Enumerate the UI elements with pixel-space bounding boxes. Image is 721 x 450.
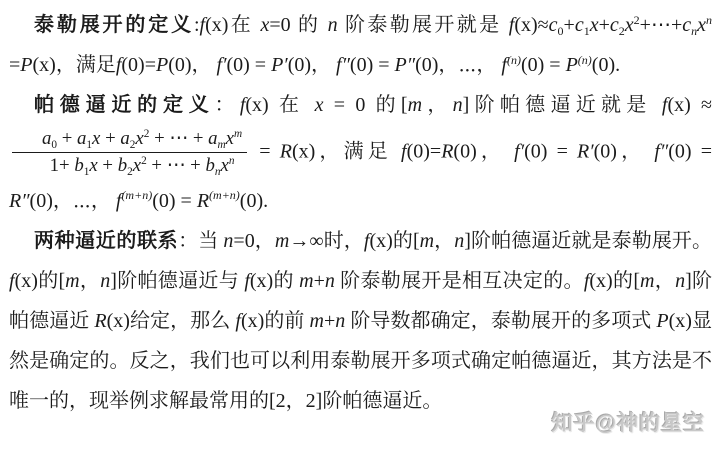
text-run: + ⋯ + (147, 155, 206, 176)
text-run: (0)= (407, 141, 442, 163)
text-run: 在 (228, 14, 260, 36)
text-run: R (197, 190, 209, 212)
text-run: b (118, 155, 127, 176)
text-run: + (100, 128, 120, 149)
text-run: ，满足 (315, 141, 401, 163)
text-run: + (599, 14, 610, 36)
text-run: (x) (33, 54, 56, 76)
text-run: x (221, 155, 229, 176)
text-run: ： (215, 94, 240, 116)
text-run: →∞ (289, 230, 323, 252)
fraction-numerator: a0 + a1x + a2x2 + ⋯ + amxm (12, 127, 247, 153)
text-run: n (675, 270, 685, 292)
text-run: a (77, 128, 86, 149)
text-run: x (590, 14, 599, 36)
text-run: + (324, 310, 335, 332)
text-run: (x) (669, 310, 692, 332)
text-run: n (328, 14, 338, 36)
text-run: (0) = (226, 54, 271, 76)
text-run: P (156, 54, 168, 76)
text-run: (0) (415, 54, 438, 76)
text-run: 的 (291, 14, 328, 36)
text-run: m (65, 270, 79, 292)
text-run: ]阶帕德逼近就是泰勒展开。 (464, 230, 712, 252)
text-run: ， (617, 141, 654, 163)
text-run: m (640, 270, 654, 292)
text-run: b (74, 155, 83, 176)
text-run: a (120, 128, 129, 149)
text-run: R (94, 310, 106, 332)
text-run: ， (422, 94, 453, 116)
text-run: 0 (558, 24, 564, 38)
text-run: c (549, 14, 558, 36)
text-run: 的 (273, 270, 299, 292)
text-run: P″ (395, 54, 416, 76)
text-run: R (441, 141, 453, 163)
text-run: P (20, 54, 32, 76)
text-run: 0 (51, 139, 57, 151)
text-run: (n) (507, 53, 521, 67)
text-run: c (682, 14, 691, 36)
text-run: 1 (84, 166, 90, 178)
text-run: n (453, 94, 463, 116)
text-run: f′ (514, 141, 524, 163)
text-run: (x) (241, 310, 264, 332)
document-page: 泰勒展开的定义:f(x)在 x=0 的 n 阶泰勒展开就是 f(x)≈c0+c1… (0, 0, 721, 421)
text-run: ， (255, 230, 275, 252)
paragraph-pade-definition: 帕德逼近的定义：f(x) 在 x = 0 的[m，n]阶帕德逼近就是 f(x) … (9, 85, 712, 221)
text-run: x (260, 14, 269, 36)
text-run: 2 (130, 139, 136, 151)
text-run: b (205, 155, 214, 176)
text-run: R′ (577, 141, 594, 163)
text-run: ，满足 (56, 54, 116, 76)
text-run: ，⋯， (438, 54, 501, 76)
text-run: m (275, 230, 289, 252)
zhihu-watermark: 知乎@神的星空 (552, 407, 705, 437)
text-run: x (135, 128, 143, 149)
text-run: ，⋯， (53, 190, 116, 212)
text-run: P (656, 310, 668, 332)
text-run: = 0 (323, 94, 365, 116)
text-run: 帕德逼近的定义 (34, 94, 215, 116)
text-run: 2 (144, 128, 150, 140)
text-run: 的[ (365, 94, 407, 116)
text-run: 2 (141, 155, 147, 167)
text-run: (x) (205, 14, 228, 36)
text-run: (0) (453, 141, 476, 163)
text-run: x (625, 14, 634, 36)
text-run: 1 (86, 139, 92, 151)
text-run: + ⋯ + (149, 128, 208, 149)
text-run: 2 (634, 13, 640, 27)
text-run: ， (311, 54, 336, 76)
text-run: x (226, 128, 234, 149)
text-run: 1 (584, 24, 590, 38)
text-run: n (223, 230, 233, 252)
text-run: =0 (233, 230, 254, 252)
text-run: n (706, 13, 712, 27)
text-run: (0) = (521, 54, 566, 76)
text-run: f″ (654, 141, 668, 163)
text-run: ， (192, 54, 217, 76)
text-run: R (280, 141, 292, 163)
fraction: a0 + a1x + a2x2 + ⋯ + amxm1+ b1x + b2x2 … (12, 127, 247, 179)
text-run: a (42, 128, 51, 149)
text-run: (0)= (121, 54, 156, 76)
text-run: 给定，那么 (130, 310, 235, 332)
text-run: ， (80, 270, 101, 292)
text-run: m (299, 270, 313, 292)
text-run: n (215, 166, 221, 178)
text-run: 两种逼近的联系 (34, 230, 178, 252)
text-run: f″ (336, 54, 350, 76)
text-run: =0 (269, 14, 290, 36)
text-run: (0) = (152, 190, 197, 212)
text-run: n (691, 24, 697, 38)
text-run: m (234, 128, 242, 140)
text-run: 阶泰勒展开是相互决定的。 (335, 270, 584, 292)
text-run: (x) (250, 270, 273, 292)
text-run: 1+ (50, 155, 75, 176)
text-run: 在 (269, 94, 315, 116)
text-run: 的前 (264, 310, 309, 332)
text-run: 的[ (613, 270, 640, 292)
text-run: = (250, 141, 280, 163)
text-run: 阶泰勒展开就是 (338, 14, 509, 36)
text-run: (x) (107, 310, 130, 332)
text-run: R″ (9, 190, 30, 212)
text-run: (m+n) (121, 188, 152, 202)
text-run: 时， (324, 230, 364, 252)
fraction-denominator: 1+ b1x + b2x2 + ⋯ + bnxn (12, 153, 247, 178)
text-run: n (325, 270, 335, 292)
text-run: +⋯+ (640, 14, 683, 36)
text-run: (0) = (668, 141, 712, 163)
text-run: (x) (292, 141, 315, 163)
text-run: x (89, 155, 97, 176)
text-run: ， (654, 270, 675, 292)
text-run: n (335, 310, 345, 332)
text-run: x (697, 14, 706, 36)
text-run: n (100, 270, 110, 292)
text-run: x (133, 155, 141, 176)
paragraph-taylor-definition: 泰勒展开的定义:f(x)在 x=0 的 n 阶泰勒展开就是 f(x)≈c0+c1… (9, 5, 712, 85)
text-run: (m+n) (209, 188, 240, 202)
paragraph-two-approx-relation: 两种逼近的联系：当 n=0，m→∞时，f(x)的[m，n]阶帕德逼近就是泰勒展开… (9, 221, 712, 421)
text-run: ， (477, 141, 514, 163)
text-run: m (310, 310, 324, 332)
text-run: (0) (288, 54, 311, 76)
text-run: 的[ (38, 270, 65, 292)
text-run: 阶导数都确定，泰勒展开的多项式 (345, 310, 656, 332)
text-run: (x)≈ (514, 14, 548, 36)
text-run: ]阶帕德逼近与 (110, 270, 244, 292)
text-run: m (408, 94, 422, 116)
text-run: + (564, 14, 575, 36)
text-run: n (454, 230, 464, 252)
text-run: (0) (168, 54, 191, 76)
text-run: (x) (245, 94, 268, 116)
text-run: + (57, 128, 77, 149)
text-run: c (610, 14, 619, 36)
text-run: a (208, 128, 217, 149)
text-run: ， (434, 230, 454, 252)
text-run: + (314, 270, 325, 292)
text-run: c (575, 14, 584, 36)
text-run: (0). (592, 54, 620, 76)
text-run: + (98, 155, 118, 176)
text-run: (0). (240, 190, 268, 212)
text-run: 2 (619, 24, 625, 38)
text-run: (n) (578, 53, 592, 67)
text-run: 2 (127, 166, 133, 178)
text-run: (0) (594, 141, 617, 163)
text-run: (x) ≈ (667, 94, 712, 116)
text-run: ]阶帕德逼近就是 (463, 94, 662, 116)
text-run: f′ (217, 54, 227, 76)
text-run: P (566, 54, 578, 76)
text-run: ：当 (178, 230, 223, 252)
text-run: (0) (30, 190, 53, 212)
text-run: (x) (15, 270, 38, 292)
text-run: n (229, 155, 235, 167)
text-run: (x) (589, 270, 612, 292)
text-run: 泰勒展开的定义 (34, 14, 194, 36)
text-run: 的[ (393, 230, 420, 252)
text-run: = (9, 54, 20, 76)
text-run: (0) = (524, 141, 577, 163)
text-run: m (420, 230, 434, 252)
text-run: m (218, 139, 226, 151)
text-run: (0) = (350, 54, 395, 76)
text-run: P′ (271, 54, 288, 76)
text-run: (x) (369, 230, 392, 252)
